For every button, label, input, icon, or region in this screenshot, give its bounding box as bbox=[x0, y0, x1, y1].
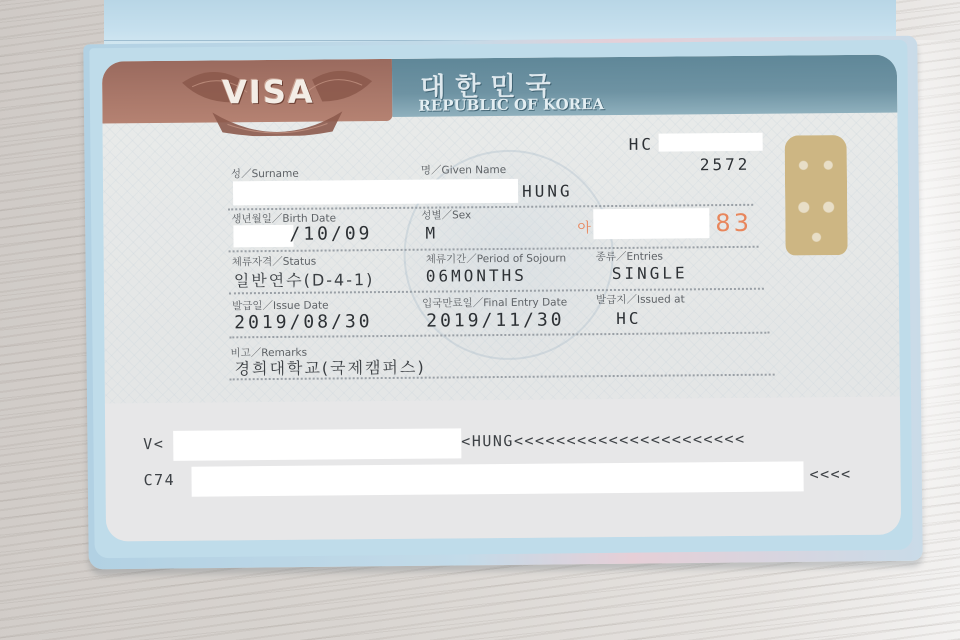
remarks-value: 경희대학교(국제캠퍼스) bbox=[234, 355, 425, 380]
gold-ornament-hologram bbox=[785, 135, 848, 256]
final-entry-date-value: 2019/11/30 bbox=[426, 309, 565, 331]
period-of-sojourn-label: 체류기간／Period of Sojourn bbox=[426, 250, 567, 266]
mrz-line1-prefix: V< bbox=[143, 435, 164, 453]
surname-label: 성／Surname bbox=[231, 166, 299, 182]
period-of-sojourn-value: 06MONTHS bbox=[426, 266, 527, 286]
visa-number-prefix: HC bbox=[629, 135, 654, 154]
final-entry-date-label: 입국만료일／Final Entry Date bbox=[422, 294, 567, 310]
country-name-english: REPUBLIC OF KOREA bbox=[418, 95, 604, 115]
given-name-value: HUNG bbox=[522, 181, 573, 200]
sex-label: 성별／Sex bbox=[421, 207, 471, 222]
control-number-prefix: 아 bbox=[577, 217, 591, 237]
redacted-surname bbox=[233, 179, 518, 205]
mrz-line2-prefix: C74 bbox=[143, 471, 175, 489]
control-number-suffix: 83 bbox=[715, 209, 752, 237]
birth-date-value: /10/09 bbox=[289, 223, 372, 245]
visa-title: VISA bbox=[222, 73, 315, 112]
visa-sticker: VISA 대한민국 REPUBLIC OF KOREA HC 2572 성／Su… bbox=[102, 55, 901, 542]
entries-value: SINGLE bbox=[612, 263, 688, 283]
given-name-label: 명／Given Name bbox=[421, 162, 506, 178]
sex-value: M bbox=[425, 224, 438, 243]
mrz-line1-suffix: <HUNG<<<<<<<<<<<<<<<<<<<<<< bbox=[461, 430, 745, 450]
visa-number-suffix: 2572 bbox=[700, 155, 751, 174]
issue-date-value: 2019/08/30 bbox=[234, 311, 373, 333]
redacted-visa-number bbox=[659, 133, 763, 152]
redacted-mrz-line1 bbox=[173, 428, 461, 461]
redacted-birth-year bbox=[233, 225, 293, 248]
mrz-line2-suffix: <<<< bbox=[809, 465, 851, 483]
status-value: 일반연수(D-4-1) bbox=[234, 267, 375, 291]
issued-at-label: 발급지／Issued at bbox=[596, 291, 685, 307]
entries-label: 종류／Entries bbox=[596, 249, 663, 265]
issued-at-value: HC bbox=[616, 309, 641, 328]
redacted-control-number bbox=[593, 208, 709, 239]
redacted-mrz-line2 bbox=[191, 461, 803, 496]
